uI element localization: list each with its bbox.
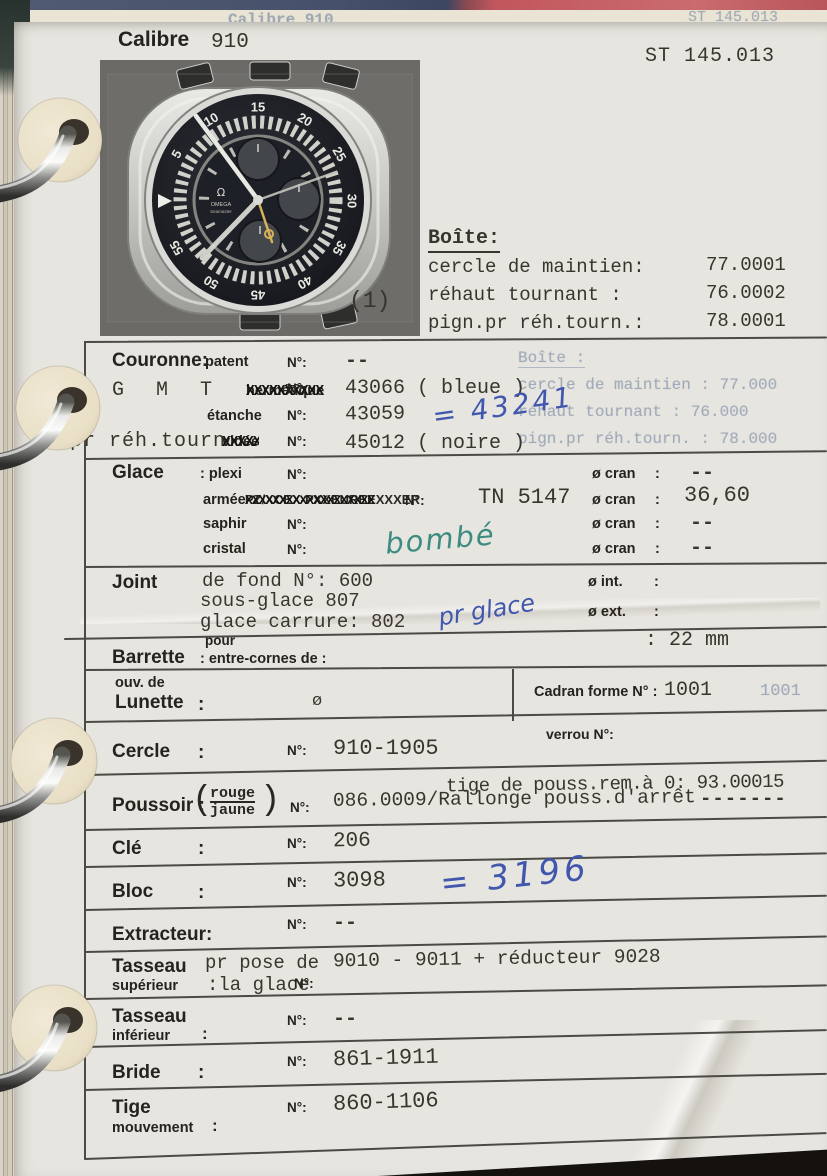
barrette-label: Barrette [112, 647, 185, 669]
no-label: N°: [290, 800, 310, 815]
extracteur-value: -- [333, 912, 357, 935]
barrette-sublabel: : entre-cornes de : [200, 651, 327, 667]
colon: : [202, 1024, 208, 1044]
tige-sublabel: mouvement [112, 1120, 193, 1136]
page-title-calibre: Calibre [118, 28, 189, 52]
couronne-struck-videe: vidée XXXXX [222, 434, 259, 450]
colon: : [654, 604, 659, 620]
lunette-cadran-divider [512, 669, 514, 721]
cran-label: ø cran [592, 541, 636, 557]
tige-label: Tige [112, 1097, 151, 1119]
colon: : [212, 1116, 218, 1136]
scanned-binder-page: Calibre 910 ST 145.013 Calibre 910 ST 14… [0, 0, 827, 1176]
colon: : [655, 516, 660, 532]
no-label: N°: [287, 408, 307, 423]
no-label: N°: [287, 1100, 307, 1115]
svg-text:15: 15 [251, 99, 265, 114]
table-left-border [84, 341, 86, 1159]
no-label: N°: [405, 493, 425, 508]
glace-plexi-label: : plexi [200, 466, 242, 482]
barrette-pour-label: pour [205, 633, 235, 648]
colon: : [198, 838, 204, 860]
couronne-etanche-label: étanche [207, 408, 262, 424]
couronne-tourn-value: 45012 ( noire ) [345, 432, 525, 455]
boite-title: Boîte: [428, 227, 500, 253]
no-label: N°: [287, 836, 307, 851]
boite-row3-value: 78.0001 [706, 310, 786, 332]
glace-saphir-label: saphir [203, 516, 247, 532]
colon: : [655, 492, 660, 508]
colon: : [198, 694, 204, 716]
colon: : [198, 882, 204, 904]
joint-label: Joint [112, 572, 157, 594]
tasseau-inf-sublabel: inférieur [112, 1028, 170, 1044]
no-label: N°: [287, 917, 307, 932]
verrou-label: verrou N°: [546, 726, 614, 742]
no-label: N°: [287, 1054, 307, 1069]
tasseau-sup-sublabel: supérieur [112, 978, 178, 994]
poussoir-color-fraction: rouge jaune [210, 786, 255, 818]
svg-text:30: 30 [345, 194, 360, 208]
cle-label: Clé [112, 838, 142, 860]
joint-line2: sous-glace 807 [200, 590, 360, 612]
bloc-value: 3098 [333, 868, 386, 894]
tasseau-inf-label: Tasseau [112, 1006, 187, 1028]
poussoir-dashes: ------- [700, 788, 787, 810]
omega-logo: Ω [217, 186, 225, 199]
photo-caption: (1) [349, 288, 390, 314]
colon: : [198, 742, 204, 764]
glace-armee-value: TN 5147 [478, 485, 570, 510]
paren-close: ) [260, 782, 280, 820]
colon: : [654, 574, 659, 590]
svg-text:45: 45 [251, 288, 265, 303]
tasseau-sup-value: 9010 - 9011 + réducteur 9028 [333, 946, 661, 973]
no-label: N°: [287, 355, 307, 370]
cadran-forme-value: 1001 [664, 679, 712, 702]
bleedthrough-cadran: 1001 [760, 682, 801, 701]
no-label: N°: [294, 976, 314, 991]
no-label: N°: [287, 517, 307, 532]
tige-value: 860-1106 [333, 1088, 439, 1117]
no-label: N°: [287, 743, 307, 758]
no-label: N°: [287, 542, 307, 557]
no-label: N°: [287, 381, 307, 396]
cle-value: 206 [333, 830, 371, 854]
lunette-label: Lunette [115, 692, 184, 714]
colon: : [198, 1062, 204, 1084]
reference-number: ST 145.013 [645, 45, 775, 68]
tasseau-inf-value: -- [333, 1008, 357, 1031]
barrette-value: : 22 mm [645, 629, 729, 652]
colon: : [655, 466, 660, 482]
boite-row2-label: réhaut tournant : [428, 284, 622, 306]
calibre-number: 910 [211, 31, 249, 54]
no-label: N°: [287, 875, 307, 890]
extracteur-label: Extracteur: [112, 924, 212, 946]
glace-saphir-cran: -- [690, 512, 714, 535]
glace-armee-label: armée [203, 492, 246, 508]
lunette-value: ø [312, 692, 322, 711]
boite-row1-value: 77.0001 [706, 254, 786, 276]
bloc-label: Bloc [112, 881, 153, 903]
tasseau-sup-typed: pr pose de [205, 952, 319, 974]
cran-label: ø cran [592, 516, 636, 532]
glace-cristal-cran: -- [690, 537, 714, 560]
cadran-forme-label: Cadran forme N° : [534, 684, 657, 700]
couronne-gmt-label: G M T [112, 379, 222, 402]
couronne-patent-label: patent [205, 354, 249, 370]
cran-label: ø cran [592, 492, 636, 508]
bride-value: 861-1911 [333, 1045, 439, 1073]
couronne-label: Couronne: [112, 350, 208, 372]
glace-armee-struck: PZ/XCEX-PXXEUREEXXXER XXXXXXXXXXXXXXXXXX… [245, 492, 420, 507]
poussoir-label: Poussoir : [112, 795, 205, 817]
cercle-label: Cercle [112, 741, 170, 763]
boite-row3-label: pign.pr réh.tourn.: [428, 312, 645, 334]
bleedthrough-line: pign.pr réh.tourn. : 78.000 [518, 430, 777, 448]
no-label: N°: [287, 434, 307, 449]
glace-plexi-cran: -- [690, 462, 714, 485]
couronne-struck-hermetique: hermétique XXXXXXXXXX [246, 383, 324, 399]
omega-model: Seamaster [210, 209, 232, 214]
lunette-ouv-label: ouv. de [115, 675, 165, 691]
no-label: N°: [287, 467, 307, 482]
no-label: N°: [287, 1013, 307, 1028]
couronne-tourn-label: pr réh.tourn [70, 430, 226, 453]
cercle-value: 910-1905 [333, 736, 439, 761]
tasseau-sup-label: Tasseau [112, 956, 187, 978]
glace-label: Glace [112, 462, 164, 484]
omega-brand: OMEGA [211, 202, 232, 208]
cran-label: ø cran [592, 466, 636, 482]
couronne-patent-value: -- [345, 350, 369, 373]
glace-cristal-label: cristal [203, 541, 246, 557]
couronne-etanche-value: 43059 [345, 402, 405, 426]
joint-line3: glace carrure: 802 [200, 611, 405, 633]
colon: : [655, 541, 660, 557]
bleedthrough-boite-title: Boîte : [518, 349, 585, 368]
boite-row2-value: 76.0002 [706, 282, 786, 304]
bride-label: Bride [112, 1062, 161, 1084]
poussoir-value: 086.0009/Rallonge pouss.d'arrêt [333, 786, 696, 812]
joint-ext-label: ø ext. [588, 604, 626, 620]
joint-int-label: ø int. [588, 574, 623, 590]
glace-armee-cran: 36,60 [684, 483, 750, 508]
joint-line1: de fond N°: 600 [202, 570, 373, 592]
boite-row1-label: cercle de maintien: [428, 256, 645, 278]
